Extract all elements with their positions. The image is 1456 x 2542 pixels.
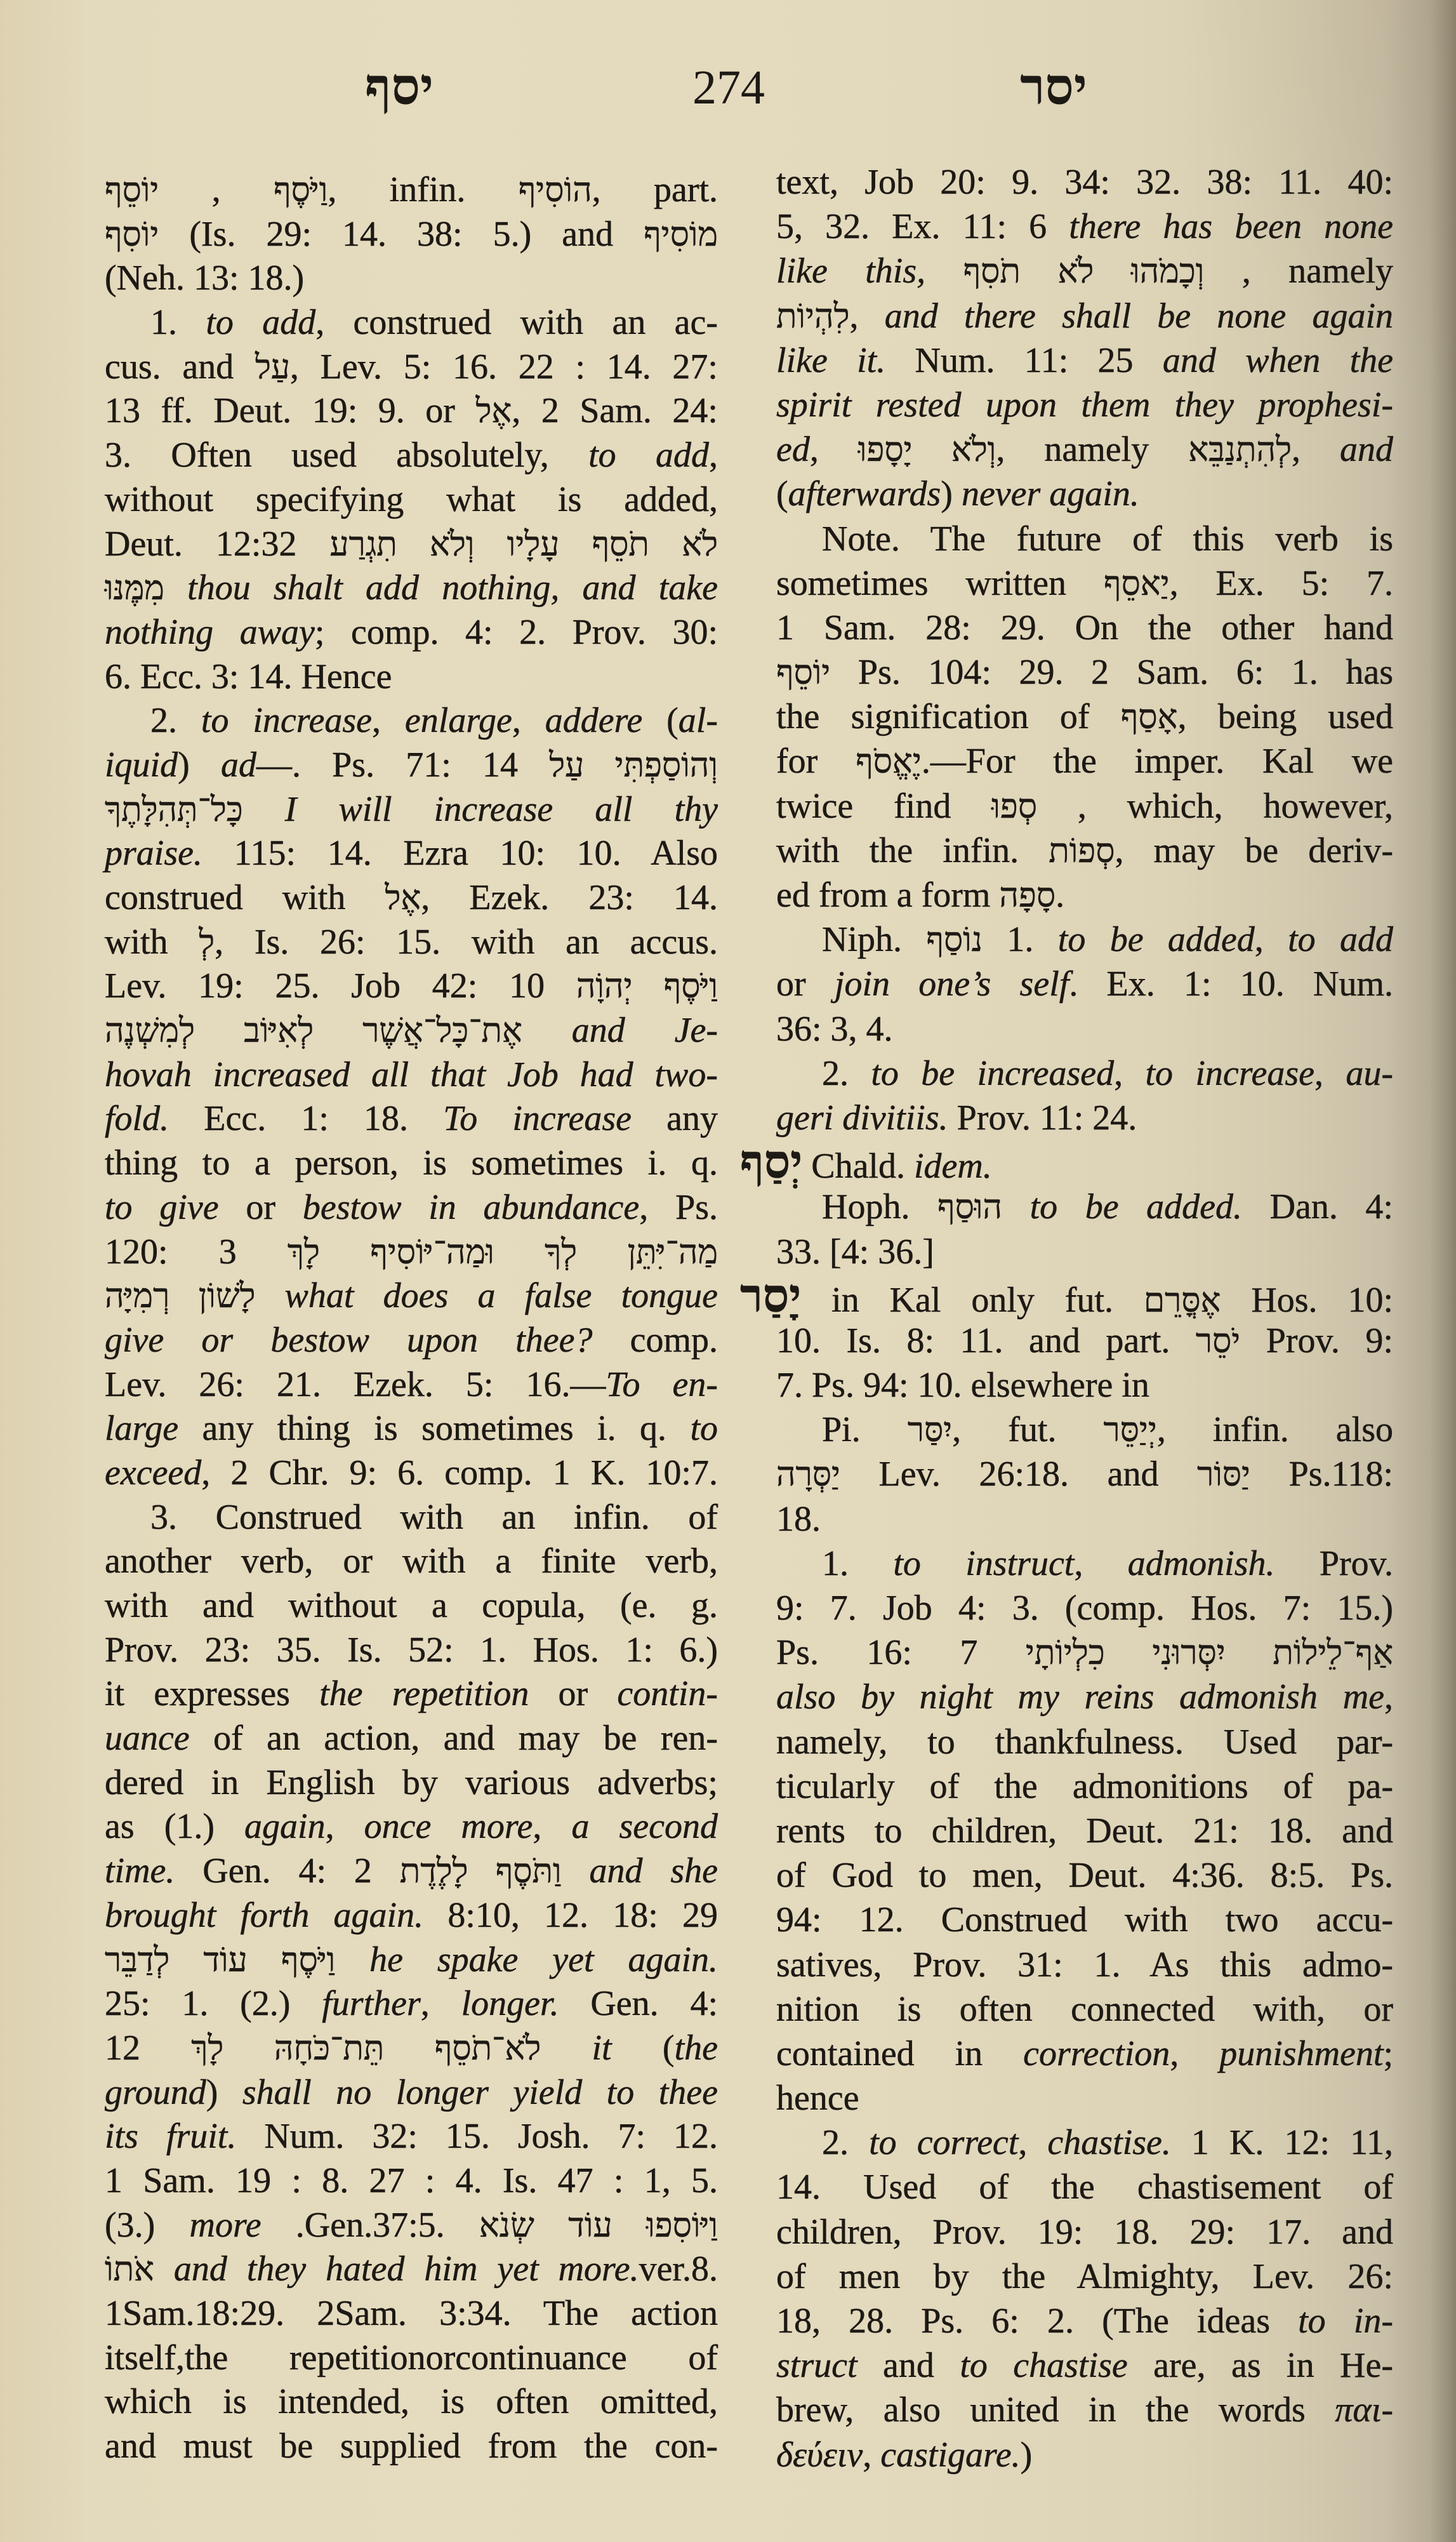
text-line: Note. The future of this verb is — [776, 517, 1393, 561]
italic-text: castigare. — [880, 2435, 1020, 2475]
text-line: ground) shall no longer yield to thee — [105, 2071, 718, 2115]
roman-text: thing to a person, is sometimes i. q. — [105, 1143, 718, 1183]
roman-text: 9: 7. Job 4: 3. (comp. Hos. 7: 15.) — [776, 1588, 1393, 1628]
text-line: ed, וְלֹא יָסָפוּ, namely לְהִתְנַבֵּא, … — [776, 427, 1393, 472]
text-line: hence — [776, 2076, 1393, 2120]
roman-text: 3. Construed with an infin. of — [150, 1498, 718, 1537]
hebrew-text: וְהוֹסַפְתִּי עַל — [549, 747, 718, 784]
hebrew-text: לָשׁוֹן רְמִיָּה — [105, 1277, 255, 1315]
roman-text: . — [1056, 875, 1064, 915]
roman-text: 36: 3, 4. — [776, 1009, 893, 1049]
text-line: Prov. 23: 35. Is. 52: 1. Hos. 1: 6.) — [105, 1628, 718, 1673]
text-line: מִמֶּנּוּ thou shalt add nothing, and ta… — [105, 566, 718, 611]
text-line: and must be supplied from the con- — [105, 2425, 718, 2469]
italic-text: ground — [105, 2073, 206, 2112]
roman-text: .—For the imper. Kal we — [922, 742, 1393, 781]
roman-text: Note. The future of this verb is — [822, 519, 1393, 559]
hebrew-text: סָפָה — [999, 877, 1056, 914]
roman-text: 1 Sam. 19 : 8. 27 : 4. Is. 47 : 1, 5. — [105, 2161, 718, 2200]
hebrew-text: יִסַּר — [908, 1411, 952, 1449]
text-line: וַיֹּסֶף עוֹד לְדַבֵּר he spake yet agai… — [105, 1938, 718, 1983]
roman-text: , part. — [592, 170, 718, 210]
italic-text: once more — [364, 1807, 533, 1846]
roman-text: 1. — [822, 1544, 893, 1583]
italic-text: he spake yet again. — [335, 1940, 718, 1980]
roman-text: another verb, or with a finite verb, — [105, 1541, 718, 1581]
running-head-left-word: יסף — [365, 56, 433, 119]
text-line: fold. Ecc. 1: 18. To increase any — [105, 1097, 718, 1141]
roman-text: ed from a form — [776, 875, 999, 915]
roman-text — [925, 251, 963, 291]
roman-text: Prov. 23: 35. Is. 52: 1. Hos. 1: 6.) — [105, 1630, 718, 1670]
roman-text: , may be deriv- — [1115, 831, 1393, 870]
roman-text: 6. Ecc. 3: 14. Hence — [105, 657, 392, 696]
roman-text: 12 — [105, 2028, 191, 2068]
roman-text: 18, 28. Ps. 6: 2. (The ideas — [776, 2301, 1298, 2341]
italic-text: like it. — [776, 341, 885, 380]
italic-text: like this, — [776, 251, 925, 291]
roman-text: , infin. — [328, 170, 518, 210]
text-line: twice find סְפוּ , which, however, — [776, 784, 1393, 828]
italic-text: bestow in abundance — [303, 1188, 639, 1227]
text-line: as (1.) again, once more, a second — [105, 1805, 718, 1849]
roman-text: or — [776, 964, 835, 1004]
italic-text: uance — [105, 1719, 190, 1758]
text-line: 6. Ecc. 3: 14. Hence — [105, 655, 718, 700]
running-head-right-word: יסר — [1020, 56, 1087, 119]
text-line: 2. to increase, enlarge, addere (al- — [105, 699, 718, 743]
text-line: text, Job 20: 9. 34: 32. 38: 11. 40: — [776, 160, 1393, 204]
hebrew-text: יוֹסִף — [105, 216, 159, 253]
italic-text: the — [675, 2028, 718, 2068]
roman-text: 10. Is. 8: 11. and part. — [776, 1321, 1196, 1361]
text-line: which is intended, is often omitted, — [105, 2380, 718, 2425]
roman-text: ( — [642, 701, 678, 740]
text-line: Lev. 19: 25. Job 42: 10 וַיֹּסֶף יְהוָֹה — [105, 964, 718, 1009]
greek-text: παι- — [1335, 2390, 1393, 2430]
italic-text: ad — [221, 745, 256, 785]
text-line: 18, 28. Ps. 6: 2. (The ideas to in- — [776, 2299, 1393, 2343]
italic-text: To en- — [606, 1365, 718, 1404]
italic-text: what does a false tongue — [255, 1276, 718, 1315]
italic-text: thou shalt add nothing, and take — [164, 568, 718, 608]
text-line: יוֹסֵף , וַיֹּסֶף, infin. הוֹסִיף, part. — [105, 168, 718, 213]
hebrew-text: אֶת־כָּל־אֲשֶׁר לְאִיּוֹב לְמִשְׁנֶה — [105, 1012, 522, 1049]
text-line: struct and to chastise are, as in He- — [776, 2343, 1393, 2388]
italic-text: longer. — [461, 1984, 559, 2023]
roman-text: the signification of — [776, 697, 1121, 736]
roman-text: , — [1384, 1677, 1393, 1717]
roman-text: 3. Often used absolutely, — [105, 436, 588, 475]
italic-text: addere — [545, 701, 642, 740]
roman-text: with and without a copula, (e. g. — [105, 1586, 718, 1625]
text-line: 1 Sam. 28: 29. On the other hand — [776, 606, 1393, 650]
hebrew-text: יַסּוֹר — [1197, 1456, 1250, 1493]
roman-text: 1Sam.18:29. 2Sam. 3:34. The action — [105, 2294, 718, 2333]
roman-text: or — [219, 1188, 303, 1227]
text-line: itself,the repetitionorcontinuance of — [105, 2336, 718, 2381]
text-line: 36: 3, 4. — [776, 1007, 1393, 1051]
roman-text: ver.8. — [639, 2249, 718, 2289]
roman-text: 120: 3 — [105, 1232, 288, 1272]
italic-text: spirit rested upon them they prophesi- — [776, 385, 1393, 425]
hebrew-text: מַה־יִּתֵּן לְךָ וּמַה־יּוֹסִיף לָךְ — [288, 1234, 718, 1271]
italic-text: to correct — [869, 2123, 1018, 2162]
text-line: Lev. 26: 21. Ezek. 5: 16.—To en- — [105, 1363, 718, 1407]
hebrew-text: לְהִתְנַבֵּא — [1188, 431, 1292, 469]
text-line: כָּל־תְּהִלָּתֶךָ I will increase all th… — [105, 788, 718, 832]
roman-text: Lev. 26: 21. Ezek. 5: 16.— — [105, 1365, 606, 1404]
roman-text: 1 K. 12: 11, — [1171, 2123, 1393, 2162]
italic-text: fold. — [105, 1099, 169, 1138]
roman-text: contained in — [776, 2034, 1023, 2073]
italic-text: to give — [105, 1188, 219, 1227]
italic-text: and there shall be none again — [885, 296, 1393, 336]
text-line: with לְ, Is. 26: 15. with an accus. — [105, 921, 718, 965]
text-line: יָסַר in Kal only fut. אֶסֳּרֵם Hos. 10: — [740, 1274, 1393, 1319]
text-line: 1. to instruct, admonish. Prov. — [776, 1541, 1393, 1586]
roman-text: , — [1114, 1054, 1145, 1093]
text-line: יַסְּרָה Lev. 26:18. and יַסּוֹר Ps.118: — [776, 1452, 1393, 1496]
italic-text: ed — [776, 430, 810, 469]
roman-text: Dan. 4: — [1242, 1187, 1393, 1227]
hebrew-text: וַיֹּסֶף — [274, 171, 328, 209]
text-line: contained in correction, punishment; — [776, 2032, 1393, 2076]
text-line: 1Sam.18:29. 2Sam. 3:34. The action — [105, 2292, 718, 2336]
hebrew-headword: יָסַר — [740, 1270, 801, 1322]
roman-text: Hos. 10: — [1221, 1281, 1393, 1320]
italic-text: also by night my reins admonish me — [776, 1677, 1384, 1717]
text-line: praise. 115: 14. Ezra 10: 10. Also — [105, 832, 718, 876]
text-line: 10. Is. 8: 11. and part. יֹסֵר Prov. 9: — [776, 1319, 1393, 1363]
italic-text: to be added — [1058, 920, 1255, 959]
roman-text: Gen. 4: — [559, 1984, 718, 2023]
roman-text: , Lev. 5: 16. 22 : 14. 27: — [290, 347, 718, 387]
text-line: with the infin. סְפוֹת, may be deriv- — [776, 828, 1393, 873]
hebrew-text: יְיַסֵּר — [1104, 1411, 1157, 1449]
roman-text: .Gen.37:5. — [261, 2206, 479, 2245]
hebrew-text: יַסְּרָה — [776, 1456, 840, 1493]
roman-text: , — [512, 701, 545, 740]
italic-text: To increase — [443, 1099, 632, 1138]
roman-text: Lev. 26:18. and — [840, 1454, 1197, 1494]
hebrew-headword: יְסַף — [740, 1136, 802, 1188]
italic-text: iquid — [105, 745, 178, 785]
hebrew-text: מִמֶּנּוּ — [105, 569, 164, 607]
text-line: δεύειν, castigare.) — [776, 2433, 1393, 2477]
text-line: large any thing is sometimes i. q. to — [105, 1407, 718, 1451]
roman-text: , — [863, 2435, 880, 2475]
italic-text: give or bestow upon thee? — [105, 1321, 592, 1360]
roman-text: (3.) — [105, 2206, 190, 2245]
roman-text: ( — [612, 2028, 675, 2068]
hebrew-text: אֶסֳּרֵם — [1144, 1282, 1221, 1319]
roman-text: , — [421, 1984, 461, 2023]
text-line: construed with אֶל, Ezek. 23: 14. — [105, 876, 718, 921]
text-line: nothing away; comp. 4: 2. Prov. 30: — [105, 611, 718, 655]
hebrew-text: הוּסַף — [937, 1188, 1002, 1226]
roman-text: Pi. — [822, 1410, 908, 1449]
roman-text: Prov. 9: — [1240, 1321, 1393, 1361]
roman-text: 33. [4: 36.] — [776, 1232, 934, 1272]
hebrew-text: וְלֹא יָסָפוּ — [858, 431, 996, 469]
italic-text: au- — [1346, 1054, 1393, 1093]
italic-text: more — [190, 2206, 261, 2245]
roman-text: , construed with an ac- — [315, 303, 718, 342]
text-line: satives, Prov. 31: 1. As this admo- — [776, 1943, 1393, 1987]
text-line: Deut. 12:32 לֹא תֹסֵף עָלָיו וְלֹא תִגְר… — [105, 522, 718, 567]
text-line: 25: 1. (2.) further, longer. Gen. 4: — [105, 1982, 718, 2026]
roman-text: of an action, and may be ren- — [190, 1719, 718, 1758]
text-line: ticularly of the admonitions of pa- — [776, 1764, 1393, 1809]
roman-text: 1 Sam. 28: 29. On the other hand — [776, 608, 1393, 648]
hebrew-text: לֹא־תֹסֵף תֵּת־כֹּחָהּ לָךְ — [191, 2030, 541, 2067]
roman-text: , — [709, 436, 718, 475]
text-line: for יֶאֱסֹף.—For the imper. Kal we — [776, 739, 1393, 783]
roman-text: nition is often connected with, or — [776, 1990, 1393, 2029]
roman-text: , — [326, 1807, 364, 1846]
italic-text: al- — [678, 701, 718, 740]
italic-text: and — [1340, 430, 1393, 469]
roman-text: with the infin. — [776, 831, 1049, 870]
roman-text: ticularly of the admonitions of pa- — [776, 1767, 1393, 1806]
roman-text: Niph. — [822, 920, 926, 959]
roman-text: , — [1074, 1544, 1127, 1583]
text-line: 13 ff. Deut. 19: 9. or אֶל, 2 Sam. 24: — [105, 389, 718, 434]
italic-text: and she — [562, 1851, 718, 1891]
italic-text: to add — [588, 436, 709, 475]
roman-text: with — [105, 922, 199, 962]
roman-text: , — [1255, 920, 1288, 959]
text-line: uance of an action, and may be ren- — [105, 1717, 718, 1761]
roman-text: 5, 32. Ex. 11: 6 — [776, 207, 1069, 246]
roman-text: 2. — [822, 1054, 871, 1093]
hebrew-text: אֶל — [385, 879, 421, 917]
roman-text: 8:10, 12. 18: 29 — [423, 1896, 718, 1935]
roman-text: 2. — [822, 2123, 869, 2162]
roman-text: 14. Used of the chastisement of — [776, 2167, 1393, 2207]
text-line: 7. Ps. 94: 10. elsewhere in — [776, 1363, 1393, 1407]
text-line: לָשׁוֹן רְמִיָּה what does a false tongu… — [105, 1274, 718, 1319]
italic-text: shall no longer yield to thee — [242, 2073, 718, 2112]
roman-text: cus. and — [105, 347, 255, 387]
text-line: with and without a copula, (e. g. — [105, 1584, 718, 1628]
roman-text: . Ex. 1: 10. Num. — [1069, 964, 1393, 1004]
hebrew-text: עַל — [255, 349, 290, 386]
italic-text: there has been none — [1069, 207, 1393, 246]
text-line: יוֹסֵף Ps. 104: 29. 2 Sam. 6: 1. has — [776, 650, 1393, 695]
hebrew-text: מוֹסִיף — [644, 216, 718, 253]
roman-text: hence — [776, 2079, 859, 2118]
italic-text: to — [690, 1409, 718, 1448]
roman-text: —. Ps. 71: 14 — [256, 745, 549, 785]
roman-text: children, Prov. 19: 18. 29: 17. and — [776, 2213, 1393, 2252]
roman-text: it expresses — [105, 1674, 319, 1714]
roman-text: and — [857, 2346, 960, 2385]
italic-text: chastise. — [1047, 2123, 1170, 2162]
italic-text: and they hated him yet more. — [154, 2249, 639, 2289]
hebrew-text: וַיֹּסֶף יְהוָֹה — [576, 968, 718, 1005]
roman-text: Ps.118: — [1250, 1454, 1393, 1494]
hebrew-text: יוֹסֵף — [105, 171, 159, 209]
text-line: (3.) more .Gen.37:5. וַיּוֹסִפוּ עוֹד שְ… — [105, 2204, 718, 2248]
text-line: (afterwards) never again. — [776, 472, 1393, 516]
italic-text: the repetition — [319, 1674, 529, 1714]
roman-text: Num. 32: 15. Josh. 7: 12. — [236, 2117, 718, 2156]
italic-text: exceed — [105, 1453, 201, 1493]
text-line: לִהְיוֹת, and there shall be none again — [776, 294, 1393, 338]
roman-text: and must be supplied from the con- — [105, 2426, 718, 2466]
roman-text: Num. 11: 25 — [885, 341, 1163, 380]
roman-text: any — [632, 1099, 718, 1138]
text-line: cus. and עַל, Lev. 5: 16. 22 : 14. 27: — [105, 345, 718, 390]
text-line: Niph. נוֹסַף 1. to be added, to add — [776, 917, 1393, 962]
italic-text: correction — [1023, 2034, 1170, 2073]
text-line: ed from a form סָפָה. — [776, 873, 1393, 917]
roman-text: , fut. — [952, 1410, 1103, 1449]
text-line: like it. Num. 11: 25 and when the — [776, 338, 1393, 383]
hebrew-text: וְכָמֹהוּ לֹא תֹסִף — [963, 253, 1205, 290]
text-line: iquid) ad—. Ps. 71: 14 וְהוֹסַפְתִּי עַל — [105, 743, 718, 788]
roman-text: twice find — [776, 787, 991, 826]
roman-text: itself,the repetitionorcontinuance of — [105, 2338, 718, 2378]
hebrew-text: לְ — [199, 924, 215, 961]
text-line: Hoph. הוּסַף to be added. Dan. 4: — [776, 1185, 1393, 1229]
roman-text: rents to children, Deut. 21: 18. and — [776, 1811, 1393, 1851]
roman-text: ) — [178, 745, 221, 785]
hebrew-text: יֹסֵר — [1196, 1322, 1240, 1360]
text-line: dered in English by various adverbs; — [105, 1761, 718, 1806]
roman-text: are, as in He- — [1128, 2346, 1393, 2385]
roman-text: , — [849, 296, 884, 336]
text-line: 18. — [776, 1497, 1393, 1541]
italic-text: to add — [206, 303, 315, 342]
italic-text: geri divitiis. — [776, 1098, 948, 1138]
text-line: spirit rested upon them they prophesi- — [776, 383, 1393, 427]
italic-text: time. — [105, 1851, 175, 1891]
text-line: also by night my reins admonish me, — [776, 1675, 1393, 1719]
text-line: children, Prov. 19: 18. 29: 17. and — [776, 2210, 1393, 2254]
text-line: 12 לֹא־תֹסֵף תֵּת־כֹּחָהּ לָךְ it (the — [105, 2026, 718, 2071]
hebrew-text: וַתֹּסֶף לָלֶדֶת — [400, 1853, 562, 1890]
roman-text: satives, Prov. 31: 1. As this admo- — [776, 1945, 1393, 1985]
hebrew-text: אַף־לֵילוֹת יִסְּרוּנִי כִלְיוֹתָי — [1026, 1634, 1393, 1672]
roman-text: Prov. 11: 24. — [948, 1098, 1137, 1138]
text-line: sometimes written יַאסֵף, Ex. 5: 7. — [776, 561, 1393, 606]
text-line: to give or bestow in abundance, Ps. — [105, 1186, 718, 1230]
roman-text: , — [159, 170, 274, 210]
text-line: give or bestow upon thee? comp. — [105, 1319, 718, 1363]
roman-text: , being used — [1177, 697, 1393, 736]
text-line: thing to a person, is sometimes i. q. — [105, 1141, 718, 1186]
text-line: like this, וְכָמֹהוּ לֹא תֹסִף , namely — [776, 249, 1393, 293]
roman-text: of God to men, Deut. 4:36. 8:5. Ps. — [776, 1856, 1393, 1895]
text-line: 2. to be increased, to increase, au- — [776, 1051, 1393, 1096]
roman-text: ; — [1383, 2034, 1393, 2073]
text-line: 1 Sam. 19 : 8. 27 : 4. Is. 47 : 1, 5. — [105, 2159, 718, 2204]
roman-text: 1. — [983, 920, 1058, 959]
text-line: exceed, 2 Chr. 9: 6. comp. 1 K. 10:7. — [105, 1451, 718, 1496]
text-line: 120: 3 מַה־יִּתֵּן לְךָ וּמַה־יּוֹסִיף ל… — [105, 1230, 718, 1275]
italic-text: struct — [776, 2346, 857, 2385]
text-line: time. Gen. 4: 2 וַתֹּסֶף לָלֶדֶת and she — [105, 1849, 718, 1894]
text-line: 14. Used of the chastisement of — [776, 2165, 1393, 2209]
roman-text: , 2 Chr. 9: 6. comp. 1 K. 10:7. — [201, 1453, 718, 1493]
hebrew-text: וַיֹּסֶף עוֹד לְדַבֵּר — [105, 1941, 335, 1979]
text-line: or join one’s self. Ex. 1: 10. Num. — [776, 962, 1393, 1006]
roman-text: , — [1018, 2123, 1047, 2162]
text-line: another verb, or with a finite verb, — [105, 1540, 718, 1584]
italic-text: admonish. — [1128, 1544, 1275, 1583]
hebrew-text: אֶל — [475, 392, 512, 430]
text-line: namely, to thankfulness. Used par- — [776, 1720, 1393, 1764]
italic-text: to add — [1288, 920, 1393, 959]
roman-text: (Is. 29: 14. 38: 5.) and — [159, 215, 644, 254]
text-line: the signification of אָסַף, being used — [776, 695, 1393, 739]
roman-text: 1. — [150, 303, 206, 342]
roman-text: , Ezek. 23: 14. — [421, 878, 718, 917]
roman-text: text, Job 20: 9. 34: 32. 38: 11. 40: — [776, 163, 1393, 202]
roman-text: ; comp. 4: 2. Prov. 30: — [315, 613, 718, 652]
text-line: יוֹסִף (Is. 29: 14. 38: 5.) and מוֹסִיף — [105, 213, 718, 257]
roman-text: 13 ff. Deut. 19: 9. or — [105, 391, 475, 430]
italic-text: praise. — [105, 834, 202, 873]
roman-text: , 2 Sam. 24: — [512, 391, 718, 430]
roman-text: Lev. 19: 25. Job 42: 10 — [105, 966, 576, 1006]
roman-text: ) — [206, 2073, 242, 2112]
italic-text: idem. — [914, 1147, 992, 1186]
roman-text: comp. — [592, 1321, 718, 1360]
hebrew-text: אֹתוֹ — [105, 2251, 154, 2288]
roman-text: ( — [776, 474, 788, 514]
roman-text: Ecc. 1: 18. — [169, 1099, 443, 1138]
italic-text: hovah increased all that Job had two- — [105, 1055, 718, 1095]
roman-text: , — [372, 701, 405, 740]
text-line: without specifying what is added, — [105, 478, 718, 522]
roman-text: , — [810, 430, 858, 469]
roman-text: 2. — [150, 701, 201, 740]
roman-text: or — [529, 1674, 617, 1714]
roman-text: Chald. — [802, 1147, 914, 1186]
text-line: of God to men, Deut. 4:36. 8:5. Ps. — [776, 1853, 1393, 1898]
right-column: text, Job 20: 9. 34: 32. 38: 11. 40:5, 3… — [776, 160, 1393, 2477]
roman-text: 18. — [776, 1500, 821, 1539]
italic-text: enlarge — [405, 701, 512, 740]
italic-text: to increase — [1145, 1054, 1314, 1093]
roman-text: , namely — [1204, 251, 1393, 291]
text-line: 94: 12. Construed with two accu- — [776, 1898, 1393, 1942]
hebrew-text: כָּל־תְּהִלָּתֶךָ — [105, 791, 243, 828]
roman-text: any thing is sometimes i. q. — [178, 1409, 690, 1448]
text-line: brought forth again. 8:10, 12. 18: 29 — [105, 1894, 718, 1938]
roman-text: in Kal only fut. — [801, 1281, 1144, 1320]
roman-text: of men by the Almighty, Lev. 26: — [776, 2257, 1393, 2296]
italic-text: contin- — [617, 1674, 718, 1714]
roman-text: construed with — [105, 878, 385, 917]
roman-text: Gen. 4: 2 — [175, 1851, 399, 1891]
italic-text: to be added. — [1002, 1187, 1242, 1227]
text-line: rents to children, Deut. 21: 18. and — [776, 1809, 1393, 1853]
italic-text: I will increase all thy — [243, 790, 718, 829]
roman-text: brew, also united in the words — [776, 2390, 1335, 2430]
italic-text: to increase — [201, 701, 372, 740]
text-line: it expresses the repetition or contin- — [105, 1672, 718, 1717]
italic-text: and when the — [1163, 341, 1393, 380]
italic-text: and Je- — [522, 1011, 718, 1050]
roman-text: , namely — [996, 430, 1188, 469]
roman-text: ) — [1021, 2435, 1033, 2475]
roman-text: (Neh. 13: 18.) — [105, 258, 304, 298]
